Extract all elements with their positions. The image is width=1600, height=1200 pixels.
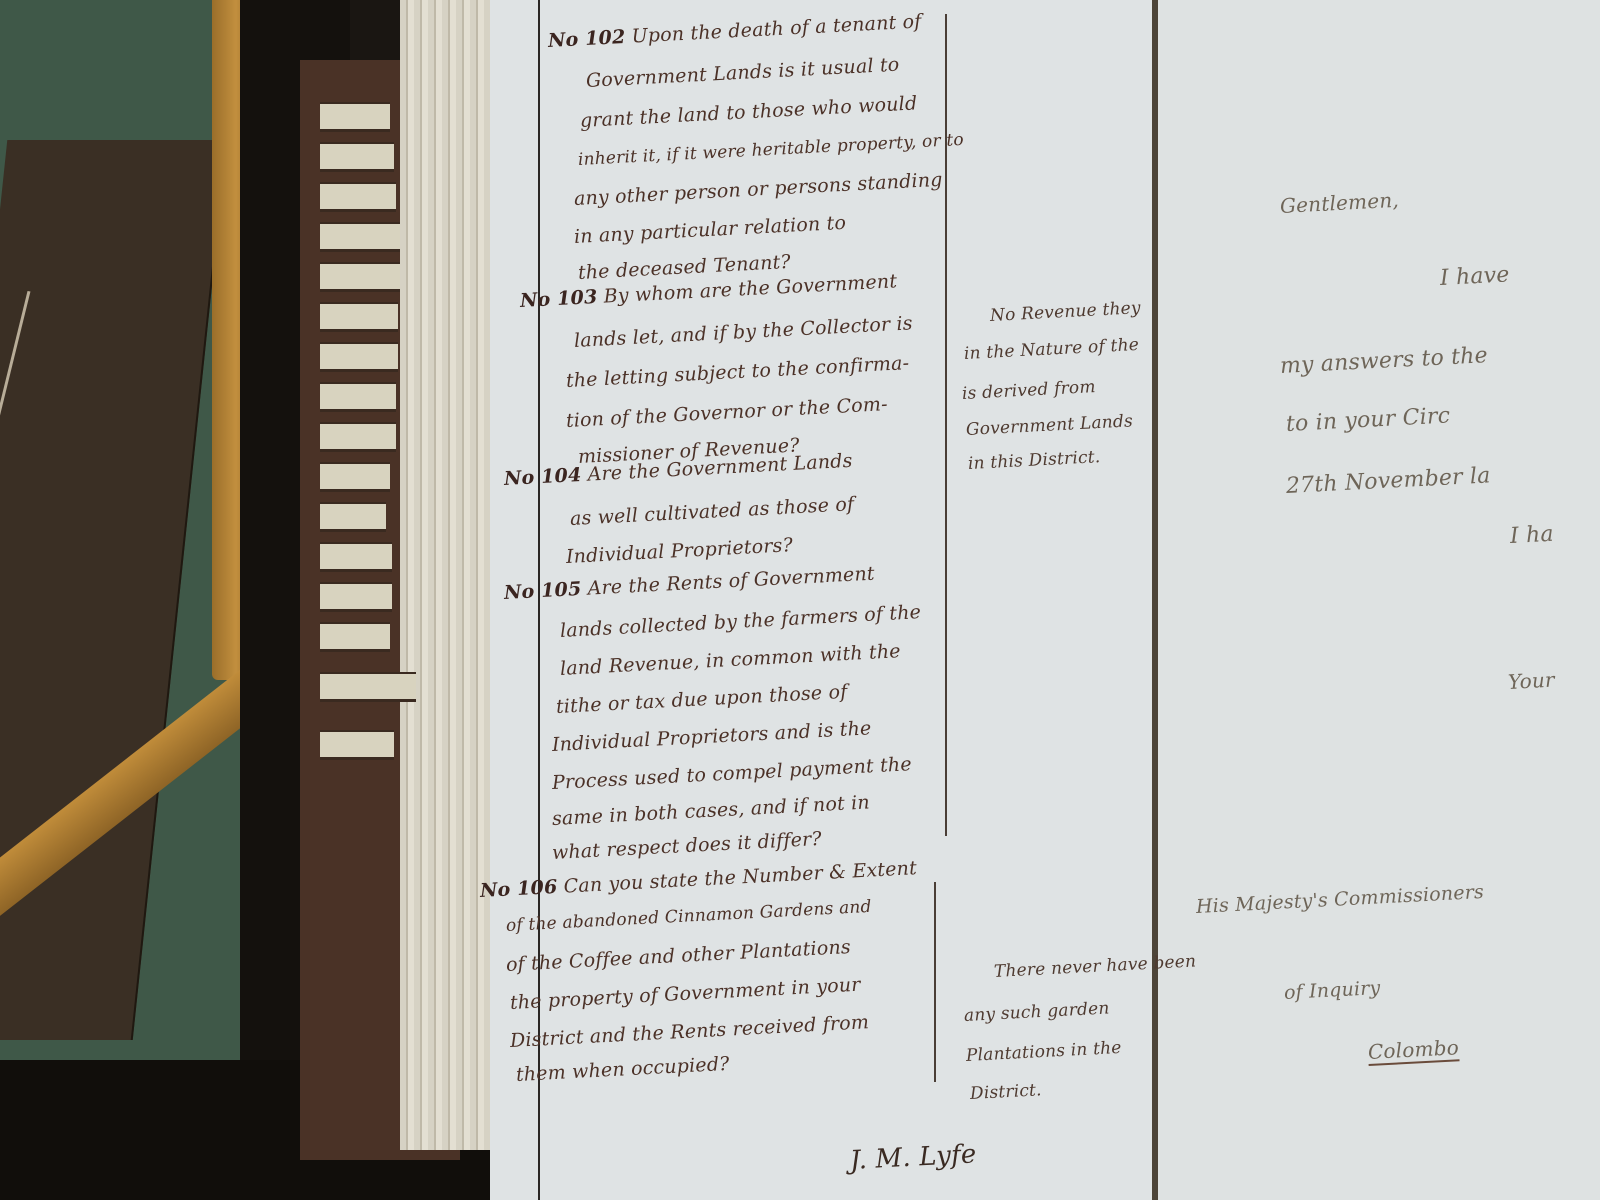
tab [320,222,400,252]
answer-line: District. [969,1080,1042,1104]
letter-line: Your [1507,668,1555,694]
tab [320,342,398,372]
tab [320,672,416,702]
folder-edge [0,291,30,549]
tab [320,582,392,612]
letter-line: I have [1439,262,1510,291]
addressee-location: Colombo [1367,1035,1459,1066]
question-number: No 105 [503,578,582,604]
tab [320,422,396,452]
tab [320,462,390,492]
column-rule-brace [934,882,936,1082]
photo-scene: No 102 Upon the death of a tenant of Gov… [0,0,1600,1200]
question-number: No 102 [547,26,626,52]
letter-line: I ha [1509,522,1554,549]
tab [320,542,392,572]
tab [320,302,398,332]
tab [320,622,390,652]
tab [320,382,396,412]
question-number: No 103 [519,286,598,312]
tab [320,730,394,760]
tab [320,142,394,172]
tab [320,502,386,532]
tab [320,102,390,132]
question-number: No 106 [479,876,558,902]
question-number: No 104 [503,464,582,490]
tab [320,182,396,212]
right-page [1158,0,1600,1200]
tab [320,262,400,292]
